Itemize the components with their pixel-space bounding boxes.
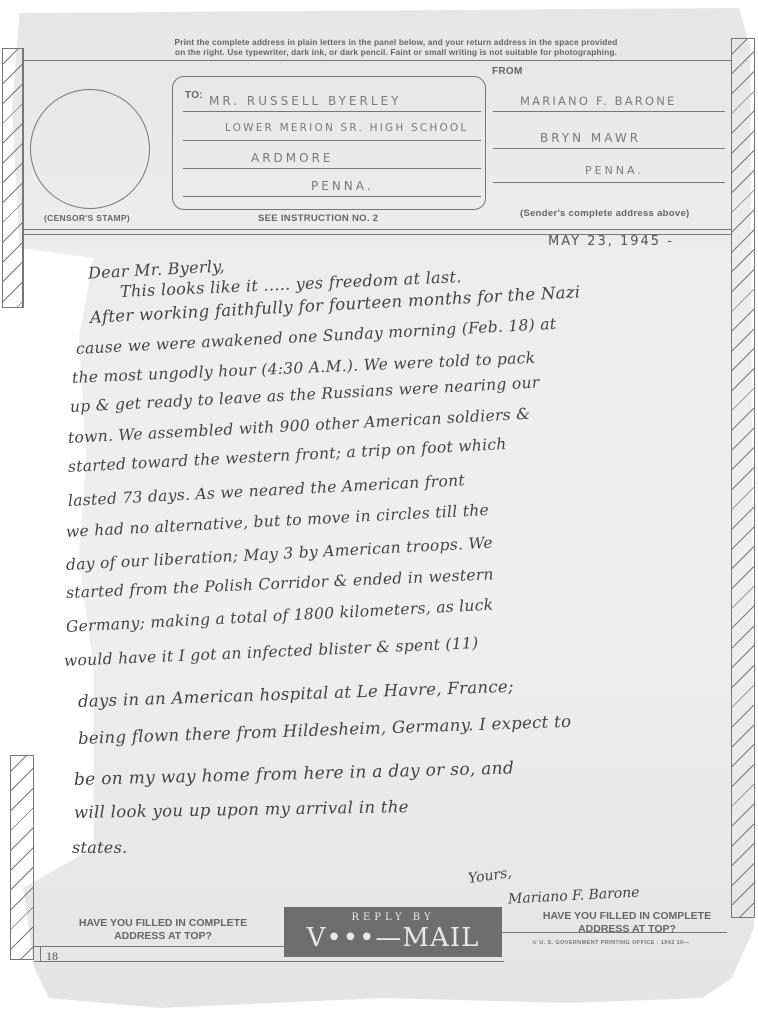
censor-stamp-circle	[30, 89, 150, 209]
sender-rule	[493, 111, 725, 112]
letter-date: MAY 23, 1945 -	[548, 234, 674, 249]
address-rule	[183, 140, 481, 141]
recipient-address-box: TO: MR. RUSSELL BYERLEY LOWER MERION SR.…	[172, 76, 486, 210]
reply-by-vmail-banner: REPLY BY V•••—MAIL	[284, 907, 502, 957]
footer-question-left-line-1: HAVE YOU FILLED IN COMPLETE	[58, 917, 268, 930]
right-hatch	[731, 38, 755, 918]
sender-rule	[493, 182, 725, 183]
printing-office-note: ☆ U. S. GOVERNMENT PRINTING OFFICE : 194…	[532, 940, 689, 946]
header-bottom-rule	[22, 229, 732, 230]
instructions-line-2: on the right. Use typewriter, dark ink, …	[96, 47, 696, 57]
sender-rule	[493, 148, 725, 149]
address-rule	[183, 168, 481, 169]
censor-stamp-label: (CENSOR'S STAMP)	[44, 213, 130, 223]
instruction-reference: SEE INSTRUCTION NO. 2	[258, 213, 378, 224]
letter-line: states.	[72, 838, 127, 857]
footer-rule-left	[34, 946, 284, 947]
to-label: TO:	[185, 90, 203, 101]
footer-bottom-rule	[34, 961, 504, 962]
page-number-divider	[40, 946, 41, 962]
footer-question-right-line-1: HAVE YOU FILLED IN COMPLETE	[522, 910, 732, 923]
recipient-line-3: ARDMORE	[251, 151, 334, 165]
left-frame-line	[22, 48, 23, 308]
address-rule	[183, 111, 481, 112]
recipient-line-4: PENNA.	[311, 179, 374, 193]
page-number: 18	[46, 949, 58, 964]
form-instructions: Print the complete address in plain lett…	[96, 37, 696, 57]
footer-question-left-line-2: ADDRESS AT TOP?	[58, 930, 268, 943]
from-label: FROM	[492, 66, 523, 77]
banner-reply-by: REPLY BY	[284, 907, 502, 923]
address-rule	[183, 196, 481, 197]
sender-line-2: BRYN MAWR	[540, 131, 641, 145]
recipient-line-1: MR. RUSSELL BYERLEY	[209, 94, 401, 108]
left-hatch-top	[2, 48, 24, 308]
left-hatch-bottom	[10, 755, 34, 960]
banner-vmail: V•••—MAIL	[284, 923, 502, 953]
instructions-line-1: Print the complete address in plain lett…	[96, 37, 696, 47]
header-top-rule	[22, 60, 732, 61]
sender-line-1: MARIANO F. BARONE	[520, 94, 677, 108]
footer-rule-right	[502, 932, 727, 933]
sender-line-3: PENNA.	[585, 164, 644, 177]
footer-question-right-line-2: ADDRESS AT TOP?	[522, 923, 732, 936]
recipient-line-2: LOWER MERION SR. HIGH SCHOOL	[225, 122, 468, 134]
footer-question-left: HAVE YOU FILLED IN COMPLETE ADDRESS AT T…	[58, 917, 268, 943]
sender-note: (Sender's complete address above)	[520, 208, 690, 219]
